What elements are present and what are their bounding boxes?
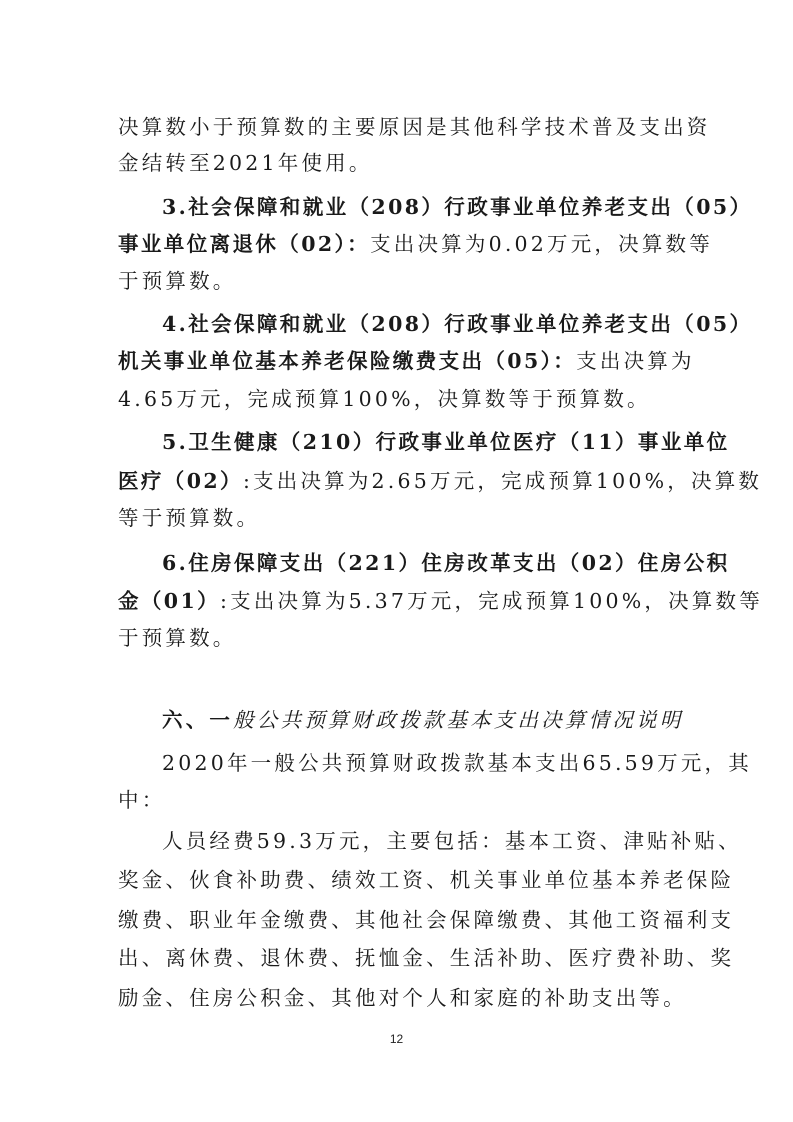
item-5-heading: 5.卫生健康（210）行政事业单位医疗（11）事业单位 bbox=[162, 430, 680, 454]
item-3-heading: 3.社会保障和就业（208）行政事业单位养老支出（05） bbox=[162, 195, 680, 219]
body-text-line: 于预算数。 bbox=[118, 626, 680, 650]
document-page: 决算数小于预算数的主要原因是其他科学技术普及支出资 金结转至2021年使用。 3… bbox=[0, 0, 793, 1122]
body-text-line: 励金、住房公积金、其他对个人和家庭的补助支出等。 bbox=[118, 986, 680, 1010]
body-text-line: 人员经费59.3万元，主要包括：基本工资、津贴补贴、 bbox=[162, 829, 680, 853]
item-3-line: 事业单位离退休（02）：支出决算为0.02万元，决算数等 bbox=[118, 232, 680, 256]
item-3-text: 支出决算为0.02万元，决算数等 bbox=[370, 232, 713, 256]
item-4-text: 支出决算为 bbox=[576, 349, 695, 373]
item-4-heading: 4.社会保障和就业（208）行政事业单位养老支出（05） bbox=[162, 312, 680, 336]
body-text-line: 于预算数。 bbox=[118, 269, 680, 293]
page-number: 12 bbox=[0, 1032, 793, 1046]
item-6-subheading: 金（01） bbox=[118, 589, 220, 613]
item-5-subheading: 医疗（02） bbox=[118, 469, 243, 493]
item-6-heading: 6.住房保障支出（221）住房改革支出（02）住房公积 bbox=[162, 551, 680, 575]
item-6-text: :支出决算为5.37万元，完成预算100%，决算数等 bbox=[220, 589, 763, 613]
section-heading: 六、一般公共预算财政拨款基本支出决算情况说明 bbox=[162, 708, 680, 732]
body-text-line: 缴费、职业年金缴费、其他社会保障缴费、其他工资福利支 bbox=[118, 908, 680, 932]
body-text-line: 中： bbox=[118, 788, 680, 812]
item-5-line: 医疗（02）:支出决算为2.65万元，完成预算100%，决算数 bbox=[118, 469, 680, 493]
section-heading-number: 六、一 bbox=[162, 708, 233, 732]
body-text-line: 决算数小于预算数的主要原因是其他科学技术普及支出资 bbox=[118, 115, 680, 139]
body-text-line: 等于预算数。 bbox=[118, 506, 680, 530]
item-3-subheading: 事业单位离退休（02）： bbox=[118, 232, 370, 256]
body-text-line: 4.65万元，完成预算100%，决算数等于预算数。 bbox=[118, 387, 680, 411]
item-4-subheading: 机关事业单位基本养老保险缴费支出（05）： bbox=[118, 349, 576, 373]
item-5-text: :支出决算为2.65万元，完成预算100%，决算数 bbox=[243, 469, 762, 493]
item-6-line: 金（01）:支出决算为5.37万元，完成预算100%，决算数等 bbox=[118, 589, 680, 613]
body-text-line: 奖金、伙食补助费、绩效工资、机关事业单位基本养老保险 bbox=[118, 868, 680, 892]
body-text-line: 金结转至2021年使用。 bbox=[118, 151, 680, 175]
body-text-line: 2020年一般公共预算财政拨款基本支出65.59万元，其 bbox=[162, 751, 680, 775]
section-heading-title: 般公共预算财政拨款基本支出决算情况说明 bbox=[233, 708, 683, 732]
body-text-line: 出、离休费、退休费、抚恤金、生活补助、医疗费补助、奖 bbox=[118, 946, 680, 970]
item-4-line: 机关事业单位基本养老保险缴费支出（05）：支出决算为 bbox=[118, 349, 680, 373]
